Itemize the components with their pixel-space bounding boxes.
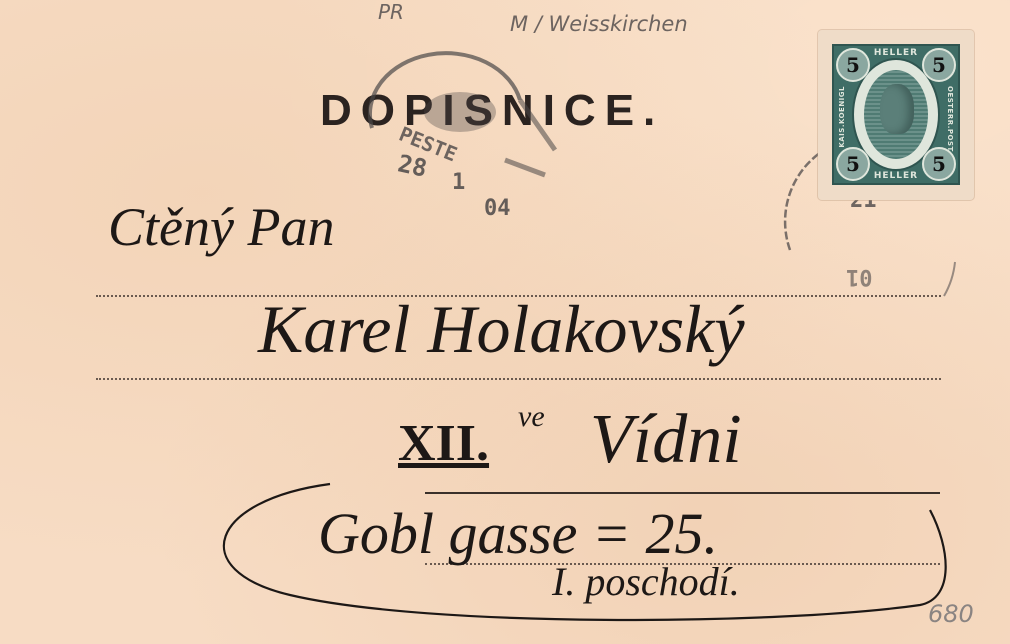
address-preposition: ve xyxy=(518,400,545,434)
postmark-left-month: 1 xyxy=(452,170,465,195)
pencil-note-pr: PR xyxy=(378,0,404,24)
stamp-legend-right: OESTERR.POST xyxy=(946,86,954,152)
card-title: DOPISNICE. xyxy=(320,86,664,136)
postcard: PR M / Weisskirchen 680 DOPISNICE. PESTE… xyxy=(0,0,1010,644)
stamp-head-icon xyxy=(880,84,914,134)
postmark-left-day: 28 xyxy=(395,149,429,182)
pencil-note-origin: M / Weisskirchen xyxy=(510,12,688,36)
stamp-value-tl: 5 xyxy=(836,48,870,82)
address-district: XII. xyxy=(398,414,489,473)
address-line-2 xyxy=(96,378,941,380)
address-city: Vídni xyxy=(590,400,742,480)
stamp-value-br: 5 xyxy=(922,147,956,181)
stamp-value-bl: 5 xyxy=(836,147,870,181)
stamp-value-tr: 5 xyxy=(922,48,956,82)
address-salutation: Ctěný Pan xyxy=(108,196,334,258)
postage-stamp: HELLER HELLER KAIS.KOENIGL OESTERR.POST … xyxy=(832,44,960,185)
address-line-3 xyxy=(425,492,940,494)
address-name: Karel Holakovský xyxy=(258,290,745,369)
pencil-note-price: 680 xyxy=(928,600,974,628)
stamp-portrait-icon xyxy=(864,70,928,159)
address-floor: I. poschodí. xyxy=(552,558,740,605)
stamp-legend-left: KAIS.KOENIGL xyxy=(838,86,846,148)
postmark-right-year: 01 xyxy=(846,264,873,289)
address-street: Gobl gasse = 25. xyxy=(318,500,718,567)
postmark-left-year: 04 xyxy=(484,196,511,221)
